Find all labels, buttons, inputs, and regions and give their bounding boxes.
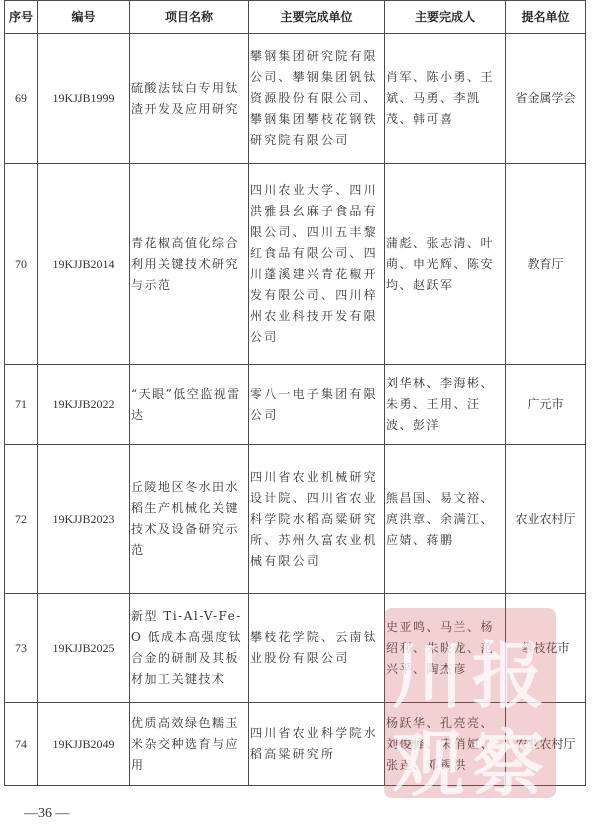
cell-nominator: 省金属学会 <box>506 34 586 164</box>
cell-nominator: 攀枝花市 <box>506 594 586 703</box>
cell-project-name: “天眼”低空监视雷达 <box>130 365 249 445</box>
cell-code: 19KJJB2014 <box>38 164 130 365</box>
cell-project-name: 优质高效绿色糯玉米杂交种选育与应用 <box>130 703 249 786</box>
cell-nominator: 农业农村厅 <box>506 445 586 594</box>
cell-completing-units: 攀钢集团研究院有限公司、攀钢集团钒钛资源股份有限公司、攀钢集团攀枝花钢铁研究院有… <box>249 34 385 164</box>
cell-code: 19KJJB2049 <box>38 703 130 786</box>
cell-code: 19KJJB2022 <box>38 365 130 445</box>
header-completing-units: 主要完成单位 <box>249 1 385 34</box>
cell-completing-units: 攀枝花学院、云南钛业股份有限公司 <box>249 594 385 703</box>
cell-nominator: 广元市 <box>506 365 586 445</box>
header-nominator: 提名单位 <box>506 1 586 34</box>
cell-completing-units: 四川省农业科学院水稻高粱研究所 <box>249 703 385 786</box>
header-seq: 序号 <box>5 1 38 34</box>
cell-nominator: 农业农村厅 <box>506 703 586 786</box>
table-row: 73 19KJJB2025 新型 Ti-Al-V-Fe-O 低成本高强度钛合金的… <box>5 594 586 703</box>
cell-seq: 70 <box>5 164 38 365</box>
cell-completing-people: 杨跃华、孔亮亮、刘俊峰、宋俏姮、张垚、邓锡洪 <box>385 703 506 786</box>
table-row: 71 19KJJB2022 “天眼”低空监视雷达 零八一电子集团有限公司 刘华林… <box>5 365 586 445</box>
table-row: 72 19KJJB2023 丘陵地区冬水田水稻生产机械化关键技术及设备研究示范 … <box>5 445 586 594</box>
cell-completing-people: 肖军、陈小勇、王斌、马勇、李凯茂、韩可喜 <box>385 34 506 164</box>
cell-nominator: 教育厅 <box>506 164 586 365</box>
table-header-row: 序号 编号 项目名称 主要完成单位 主要完成人 提名单位 <box>5 1 586 34</box>
cell-seq: 73 <box>5 594 38 703</box>
cell-completing-people: 蒲彪、张志清、叶萌、申光辉、陈安均、赵跃军 <box>385 164 506 365</box>
cell-project-name: 青花椒高值化综合利用关键技术研究与示范 <box>130 164 249 365</box>
table-row: 69 19KJJB1999 硫酸法钛白专用钛渣开发及应用研究 攀钢集团研究院有限… <box>5 34 586 164</box>
cell-completing-units: 四川省农业机械研究设计院、四川省农业科学院水稻高粱研究所、苏州久富农业机械有限公… <box>249 445 385 594</box>
header-completing-people: 主要完成人 <box>385 1 506 34</box>
cell-seq: 69 <box>5 34 38 164</box>
table-row: 74 19KJJB2049 优质高效绿色糯玉米杂交种选育与应用 四川省农业科学院… <box>5 703 586 786</box>
cell-code: 19KJJB2025 <box>38 594 130 703</box>
table-row: 70 19KJJB2014 青花椒高值化综合利用关键技术研究与示范 四川农业大学… <box>5 164 586 365</box>
cell-completing-people: 史亚鸣、马兰、杨绍利、朱晓龙、范兴平、陶杰彦 <box>385 594 506 703</box>
cell-seq: 71 <box>5 365 38 445</box>
page-number: —36 — <box>24 806 70 822</box>
cell-code: 19KJJB2023 <box>38 445 130 594</box>
cell-project-name: 硫酸法钛白专用钛渣开发及应用研究 <box>130 34 249 164</box>
cell-project-name: 丘陵地区冬水田水稻生产机械化关键技术及设备研究示范 <box>130 445 249 594</box>
header-code: 编号 <box>38 1 130 34</box>
cell-seq: 74 <box>5 703 38 786</box>
header-project-name: 项目名称 <box>130 1 249 34</box>
cell-code: 19KJJB1999 <box>38 34 130 164</box>
cell-project-name: 新型 Ti-Al-V-Fe-O 低成本高强度钛合金的研制及其板材加工关键技术 <box>130 594 249 703</box>
cell-seq: 72 <box>5 445 38 594</box>
cell-completing-units: 零八一电子集团有限公司 <box>249 365 385 445</box>
cell-completing-units: 四川农业大学、四川洪雅县幺麻子食品有限公司、四川五丰黎红食品有限公司、四川蓬溪建… <box>249 164 385 365</box>
cell-completing-people: 熊昌国、易文裕、庹洪章、余满江、应婧、蒋鹏 <box>385 445 506 594</box>
cell-completing-people: 刘华林、李海彬、朱勇、王用、汪波、彭洋 <box>385 365 506 445</box>
award-project-table: 序号 编号 项目名称 主要完成单位 主要完成人 提名单位 69 19KJJB19… <box>4 0 586 786</box>
